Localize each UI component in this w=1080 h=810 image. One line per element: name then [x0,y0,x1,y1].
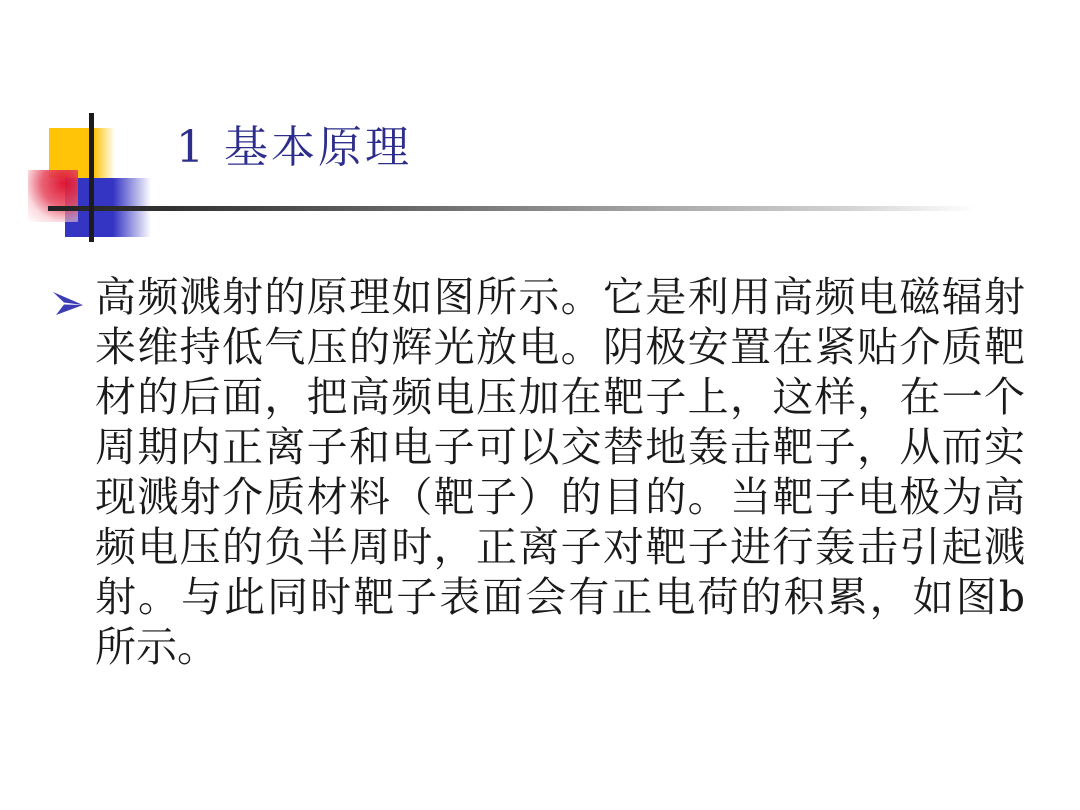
decor-vertical-line [89,113,94,242]
slide-title: 1 基本原理 [176,124,412,172]
decor-red-square [28,170,78,222]
paragraph-line: 现溅射介质材料（靶子）的目的。当靶子电极为高 [95,472,1025,522]
paragraph-line: 周期内正离子和电子可以交替地轰击靶子，从而实 [95,422,1025,472]
paragraph-line: 频电压的负半周时，正离子对靶子进行轰击引起溅 [95,522,1025,572]
paragraph-line: 高频溅射的原理如图所示。它是利用高频电磁辐射 [95,272,1025,322]
bullet-paragraph: 高频溅射的原理如图所示。它是利用高频电磁辐射 来维持低气压的辉光放电。阴极安置在… [95,272,1025,672]
paragraph-line: 来维持低气压的辉光放电。阴极安置在紧贴介质靶 [95,322,1025,372]
slide: { "slide": { "title": "1 基本原理", "bullet"… [0,0,1080,810]
paragraph-line: 所示。 [95,622,1025,672]
bullet-arrowhead-icon [52,289,84,317]
decor-horizontal-rule [48,206,976,211]
paragraph-line: 射。与此同时靶子表面会有正电荷的积累，如图b [95,572,1025,622]
paragraph-line: 材的后面，把高频电压加在靶子上，这样，在一个 [95,372,1025,422]
